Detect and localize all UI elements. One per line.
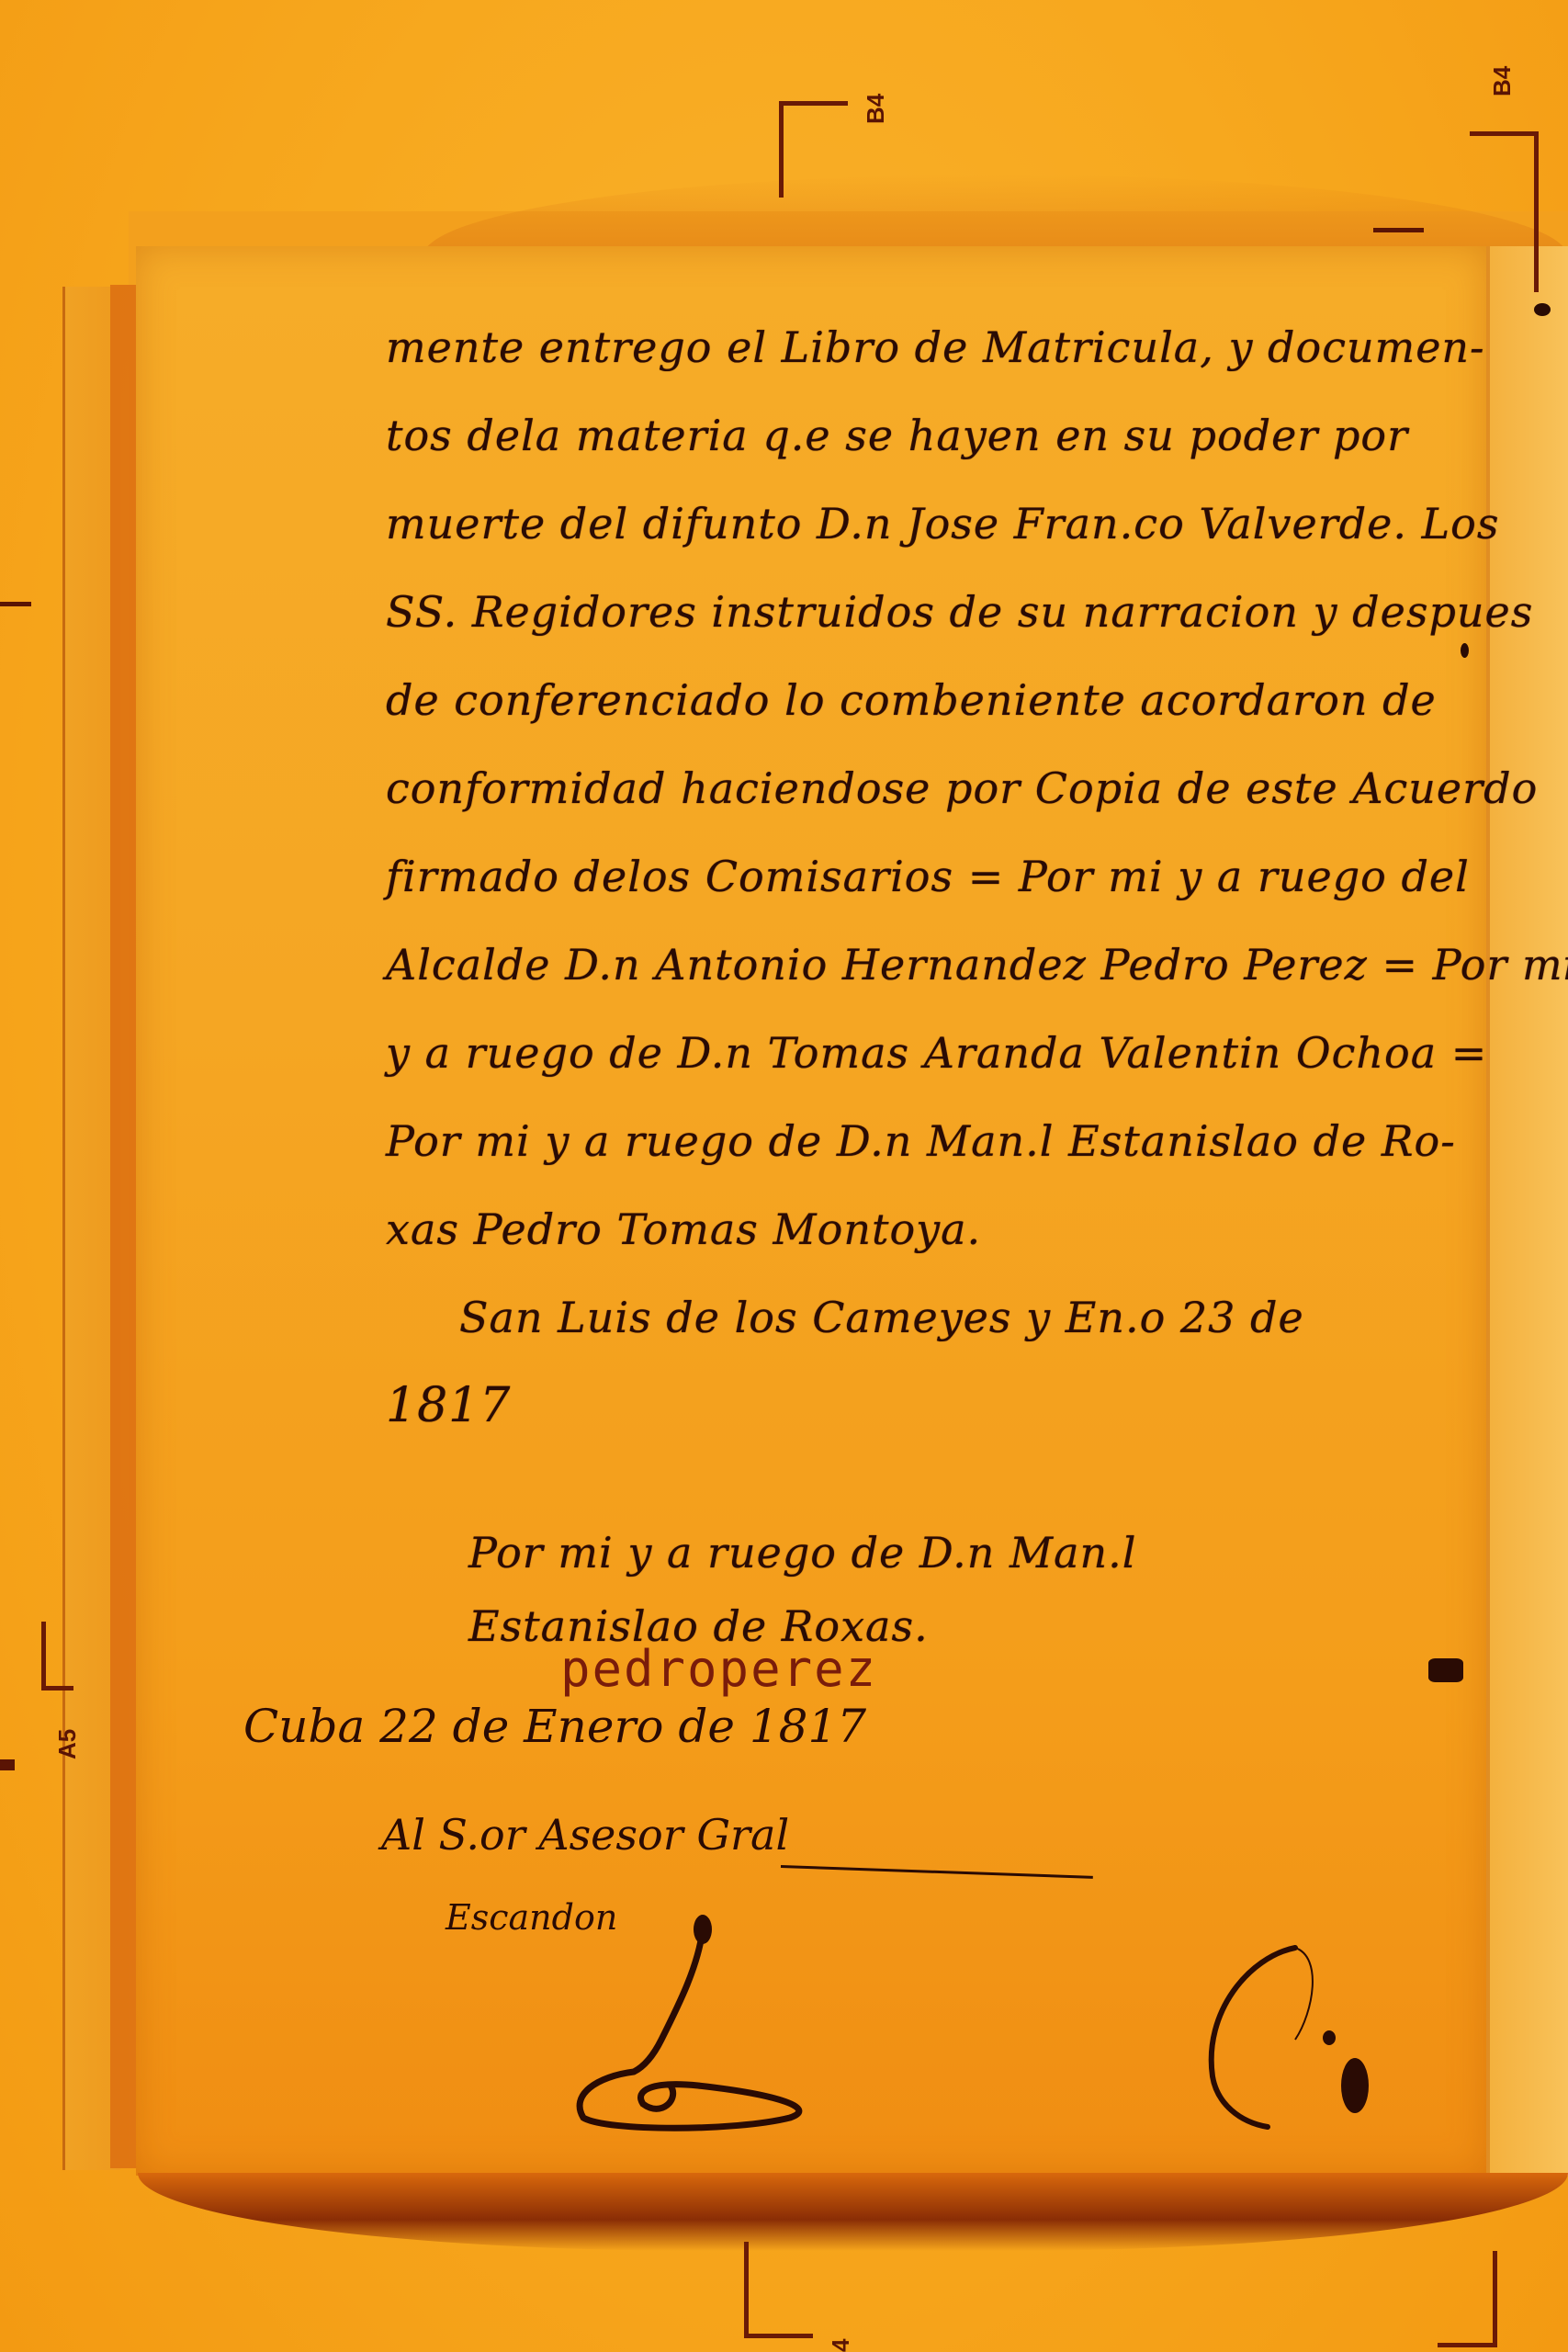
body-line: Por mi y a ruego de D.n Man.l Estanislao… [386, 1097, 1488, 1185]
body-line: Alcalde D.n Antonio Hernandez Pedro Pere… [386, 921, 1488, 1009]
crop-tick-left-lower [0, 1759, 15, 1770]
ink-blot [1341, 2058, 1369, 2113]
top-page-shadow [423, 175, 1568, 257]
crop-label-bottom: 4 [827, 2339, 855, 2352]
rubric-signature-right [1185, 1939, 1369, 2159]
rubric-signature-left [514, 1911, 863, 2131]
body-line: conformidad haciendose por Copia de este… [386, 744, 1488, 832]
manuscript-body: mente entrego el Libro de Matricula, y d… [386, 303, 1488, 1450]
body-line: mente entrego el Libro de Matricula, y d… [386, 303, 1488, 391]
crop-mark-bottom-left [744, 2242, 813, 2338]
crop-mark-left [41, 1622, 73, 1690]
pedro-perez-stamp: pedroperez [560, 1640, 877, 1698]
crop-label-left: A5 [53, 1729, 82, 1759]
crop-tick-top-right [1373, 228, 1424, 232]
underlying-page-shadow [110, 285, 138, 2168]
crop-mark-top-right [1470, 131, 1539, 292]
crop-mark-top-left [779, 101, 848, 198]
body-line: de conferenciado lo combeniente acordaro… [386, 656, 1488, 744]
date-line: San Luis de los Cameyes y En.o 23 de [386, 1273, 1488, 1362]
body-line: tos dela materia q.e se hayen en su pode… [386, 391, 1488, 480]
body-line: SS. Regidores instruidos de su narracion… [386, 568, 1488, 656]
date-year: 1817 [386, 1362, 1488, 1450]
body-line: firmado delos Comisarios = Por mi y a ru… [386, 832, 1488, 921]
crop-label-top-right: B4 [1488, 66, 1517, 96]
closing-line: Por mi y a ruego de D.n Man.l [468, 1516, 1137, 1589]
bottom-damaged-edge [138, 2173, 1568, 2251]
body-line: y a ruego de D.n Tomas Aranda Valentin O… [386, 1009, 1488, 1097]
cuba-date-line: Cuba 22 de Enero de 1817 [243, 1700, 866, 1753]
body-line: xas Pedro Tomas Montoya. [386, 1185, 1488, 1273]
ink-blot [1461, 643, 1469, 658]
ink-blot [1534, 303, 1551, 316]
crop-tick-left [0, 602, 31, 606]
asesor-line: Al S.or Asesor Gral [381, 1810, 789, 1860]
crop-mark-bottom-right [1438, 2251, 1497, 2347]
crop-label-top-left: B4 [862, 94, 890, 124]
ink-blot [1323, 2030, 1336, 2045]
body-line: muerte del difunto D.n Jose Fran.co Valv… [386, 480, 1488, 568]
ink-blot [1428, 1658, 1463, 1682]
